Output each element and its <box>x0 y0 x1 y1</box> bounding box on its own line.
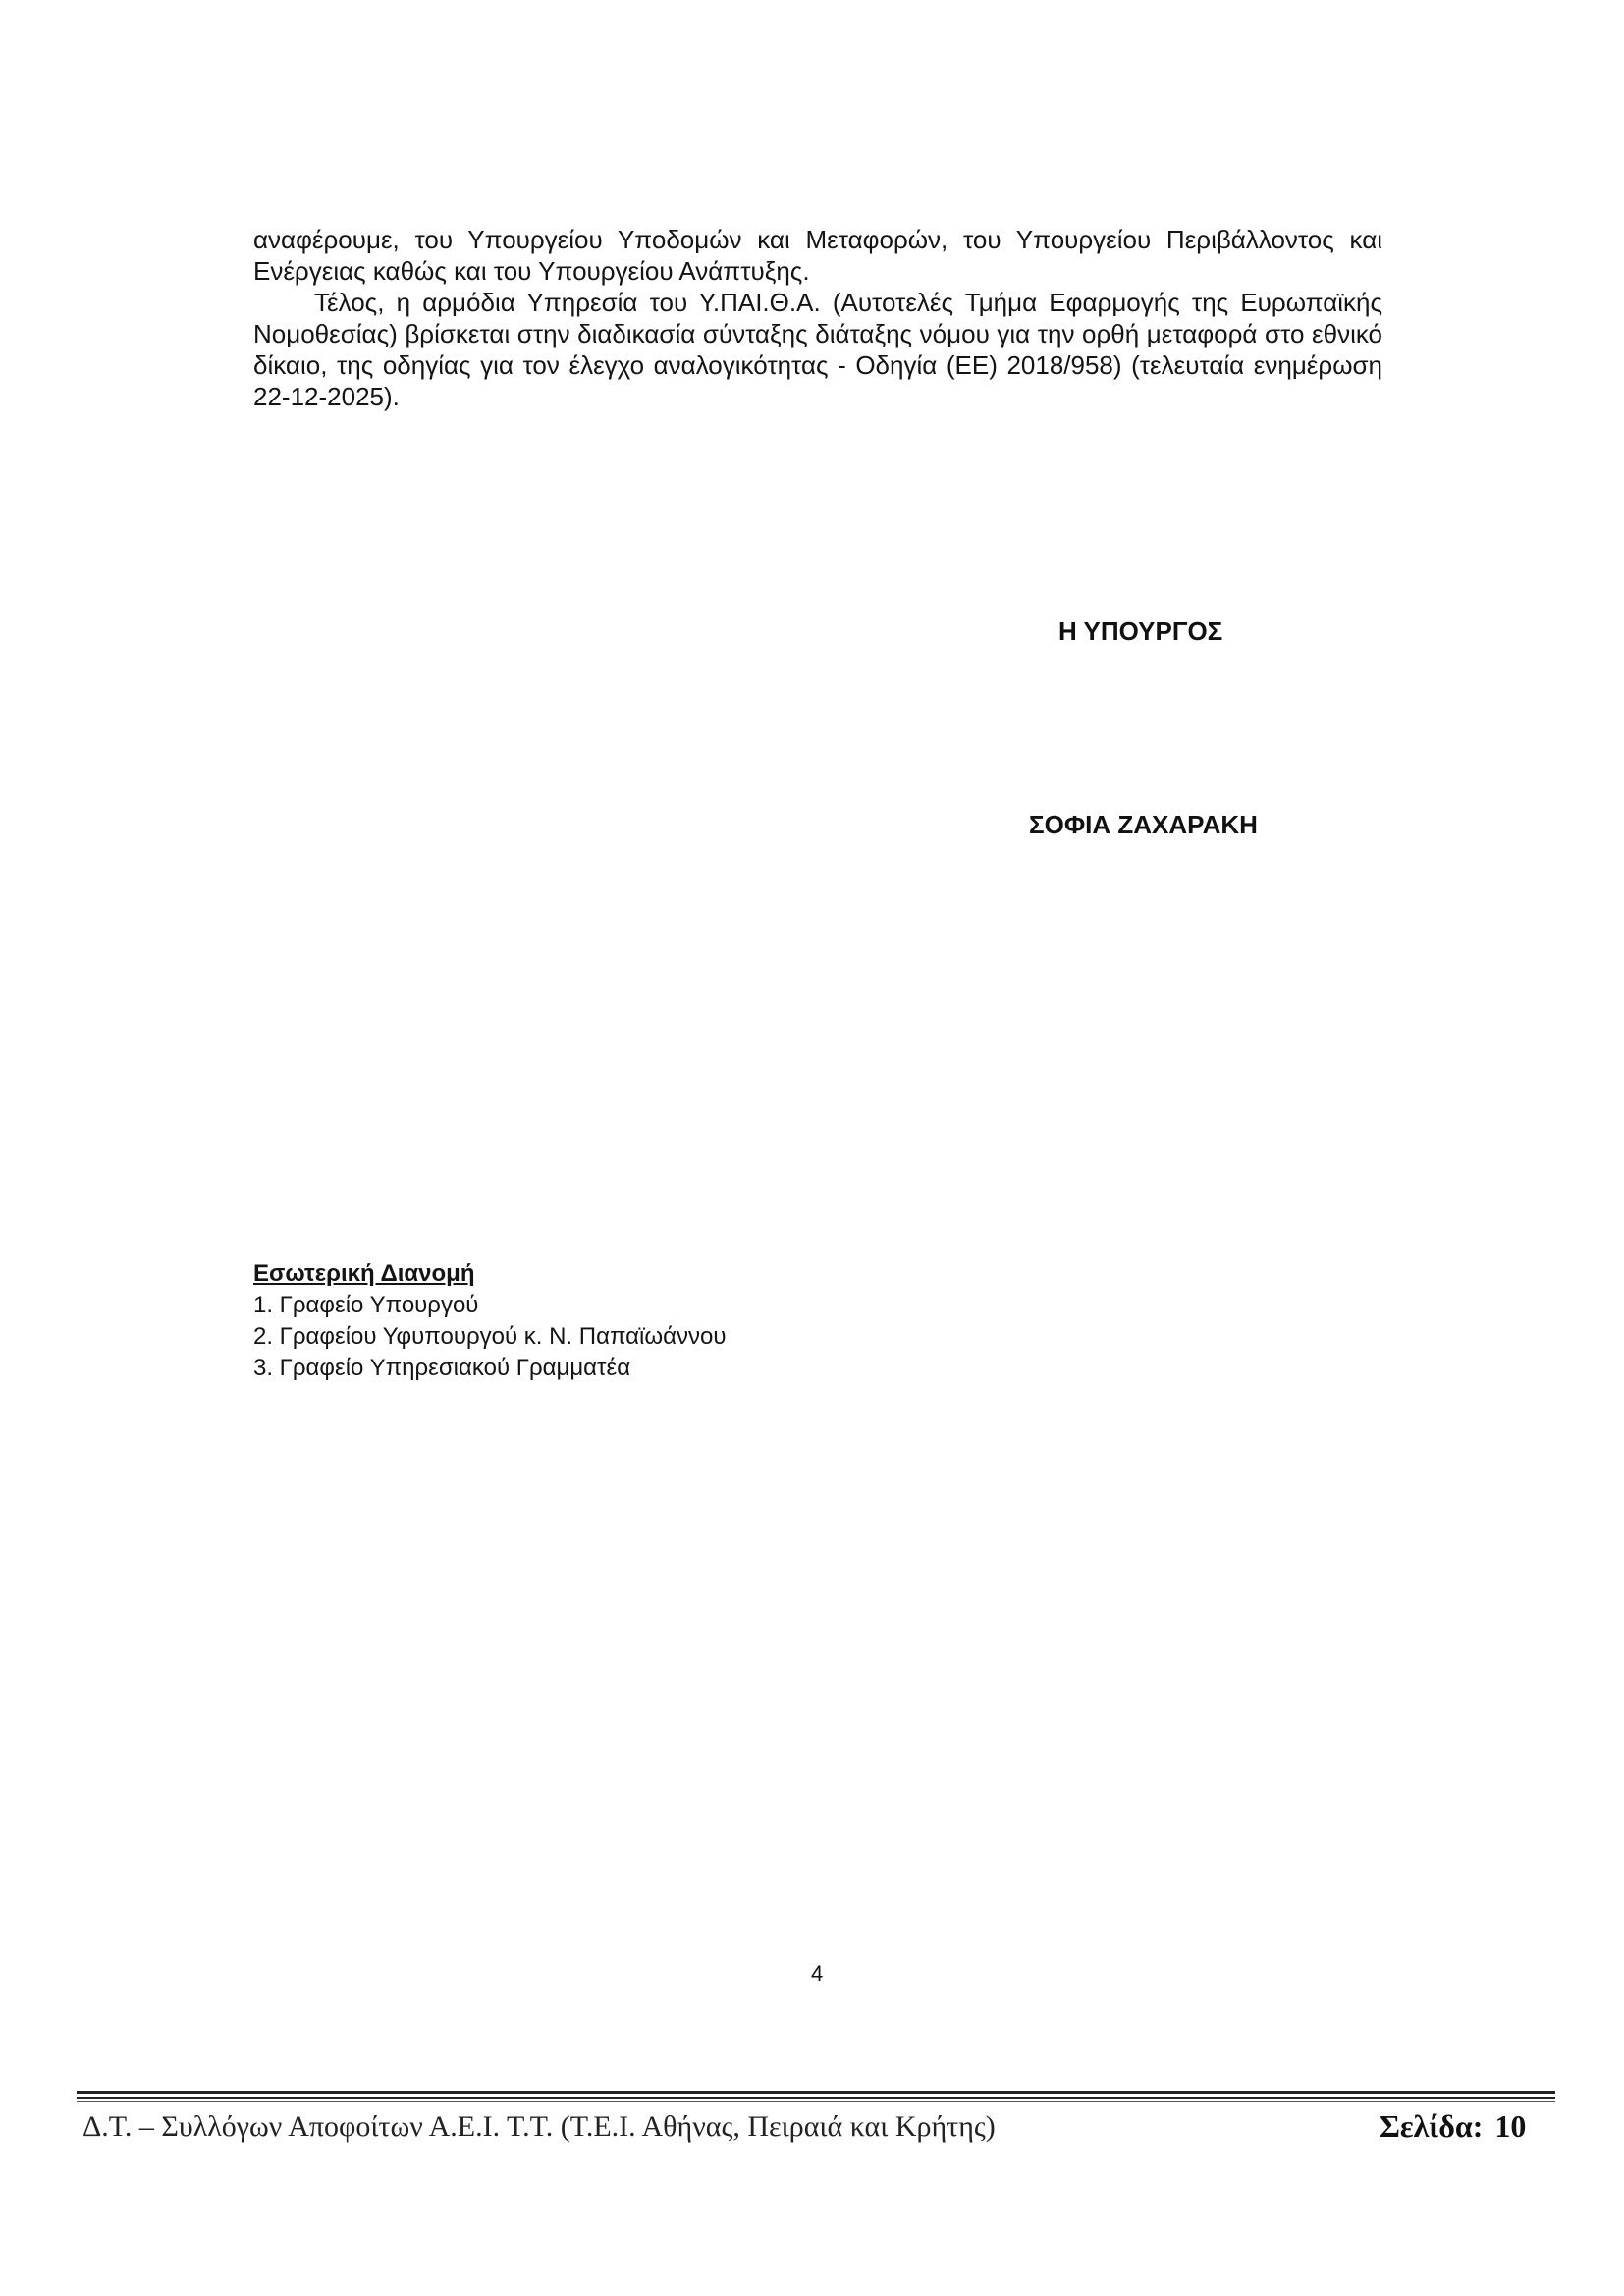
footer-page-label: Σελίδα: <box>1380 2109 1483 2144</box>
internal-distribution: Εσωτερική Διανομή 1. Γραφείο Υπουργού 2.… <box>253 1258 726 1384</box>
body-text: αναφέρουμε, του Υπουργείου Υποδομών και … <box>253 224 1382 412</box>
footer-organization: Δ.Τ. – Συλλόγων Αποφοίτων Α.Ε.Ι. Τ.Τ. (Τ… <box>82 2110 996 2144</box>
paragraph-continuation: αναφέρουμε, του Υπουργείου Υποδομών και … <box>253 224 1382 287</box>
footer-divider <box>77 2091 1555 2102</box>
paragraph-closing: Τέλος, η αρμόδια Υπηρεσία του Υ.ΠΑΙ.Θ.Α.… <box>253 287 1382 412</box>
document-page: αναφέρουμε, του Υπουργείου Υποδομών και … <box>0 0 1624 2296</box>
footer-page-value: 10 <box>1494 2109 1526 2144</box>
distribution-heading: Εσωτερική Διανομή <box>253 1258 726 1290</box>
signature-title: Η ΥΠΟΥΡΓΟΣ <box>1058 616 1222 647</box>
distribution-item: 2. Γραφείου Υφυπουργού κ. Ν. Παπαϊωάννου <box>253 1321 726 1353</box>
inner-page-number: 4 <box>811 1961 823 1987</box>
signature-name: ΣΟΦΙΑ ΖΑΧΑΡΑΚΗ <box>1029 810 1258 840</box>
distribution-item: 1. Γραφείο Υπουργού <box>253 1290 726 1321</box>
distribution-item: 3. Γραφείο Υπηρεσιακού Γραμματέα <box>253 1353 726 1384</box>
footer-page-indicator: Σελίδα:10 <box>1380 2109 1526 2145</box>
